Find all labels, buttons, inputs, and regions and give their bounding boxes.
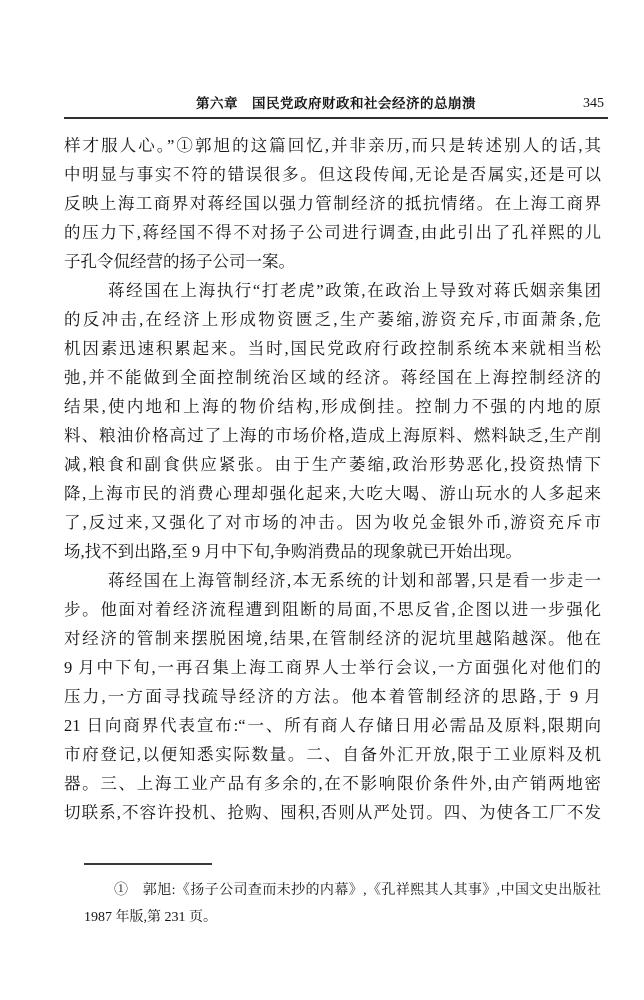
body-text-line: 子孔令侃经营的扬子公司一案。 xyxy=(64,247,601,276)
book-page: 第六章 国民党政府财政和社会经济的总崩溃 345 样才服人心。”①郭旭的这篇回忆… xyxy=(0,0,644,1000)
footnote: ① 郭旭:《扬子公司查而未抄的内幕》,《孔祥熙其人其事》,中国文史出版社1987… xyxy=(84,877,601,931)
body-text-line: 机因素迅速积累起来。当时,国民党政府行政控制系统本来就相当松 xyxy=(64,334,601,363)
body-text-line: 对经济的管制来摆脱困境,结果,在管制经济的泥坑里越陷越深。他在 xyxy=(64,624,601,653)
body-text-line: 料、粮油价格高过了上海的市场价格,造成上海原料、燃料缺乏,生产削 xyxy=(64,421,601,450)
body-text: 样才服人心。”①郭旭的这篇回忆,并非亲历,而只是转述别人的话,其中明显与事实不符… xyxy=(64,131,601,827)
body-text-line: 市府登记,以便知悉实际数量。二、自备外汇开放,限于工业原料及机 xyxy=(64,740,601,769)
body-text-line: 的压力下,蒋经国不得不对扬子公司进行调查,由此引出了孔祥熙的儿 xyxy=(64,218,601,247)
body-text-line: 的反冲击,在经济上形成物资匮乏,生产萎缩,游资充斥,市面萧条,危 xyxy=(64,305,601,334)
body-text-line: 切联系,不容许投机、抢购、囤积,否则从严处罚。四、为使各工厂不发 xyxy=(64,798,601,827)
body-text-line: 了,反过来,又强化了对市场的冲击。因为收兑金银外币,游资充斥市 xyxy=(64,508,601,537)
body-text-line: 反映上海工商界对蒋经国以强力管制经济的抵抗情绪。在上海工商界 xyxy=(64,189,601,218)
body-text-line: 弛,并不能做到全面控制统治区域的经济。蒋经国在上海控制经济的 xyxy=(64,363,601,392)
page-header: 第六章 国民党政府财政和社会经济的总崩溃 345 xyxy=(64,94,608,114)
body-text-line: 中明显与事实不符的错误很多。但这段传闻,无论是否属实,还是可以 xyxy=(64,160,601,189)
body-text-line: 场,找不到出路,至 9 月中下旬,争购消费品的现象就已开始出现。 xyxy=(64,537,601,566)
body-text-line: 21 日向商界代表宣布:“一、所有商人存储日用必需品及原料,限期向 xyxy=(64,711,601,740)
footnote-line: 1987 年版,第 231 页。 xyxy=(84,904,601,931)
body-text-line: 降,上海市民的消费心理却强化起来,大吃大喝、游山玩水的人多起来 xyxy=(64,479,601,508)
footnote-separator xyxy=(84,863,212,865)
body-text-line: 结果,使内地和上海的物价结构,形成倒挂。控制力不强的内地的原 xyxy=(64,392,601,421)
body-text-line: 压力,一方面寻找疏导经济的方法。他本着管制经济的思路,于 9 月 xyxy=(64,682,601,711)
header-rule xyxy=(64,117,608,119)
running-head-chapter-title: 第六章 国民党政府财政和社会经济的总崩溃 xyxy=(64,94,608,114)
body-text-line: 蒋经国在上海执行“打老虎”政策,在政治上导致对蒋氏姻亲集团 xyxy=(64,276,601,305)
body-text-line: 减,粮食和副食供应紧张。由于生产萎缩,政治形势恶化,投资热情下 xyxy=(64,450,601,479)
body-text-line: 器。三、上海工业产品有多余的,在不影响限价条件外,由产销两地密 xyxy=(64,769,601,798)
body-text-line: 蒋经国在上海管制经济,本无系统的计划和部署,只是看一步走一 xyxy=(64,566,601,595)
footnote-line: ① 郭旭:《扬子公司查而未抄的内幕》,《孔祥熙其人其事》,中国文史出版社 xyxy=(84,877,601,904)
body-text-line: 样才服人心。”①郭旭的这篇回忆,并非亲历,而只是转述别人的话,其 xyxy=(64,131,601,160)
page-number: 345 xyxy=(583,94,604,114)
body-text-line: 步。他面对着经济流程遭到阻断的局面,不思反省,企图以进一步强化 xyxy=(64,595,601,624)
body-text-line: 9 月中下旬,一再召集上海工商界人士举行会议,一方面强化对他们的 xyxy=(64,653,601,682)
